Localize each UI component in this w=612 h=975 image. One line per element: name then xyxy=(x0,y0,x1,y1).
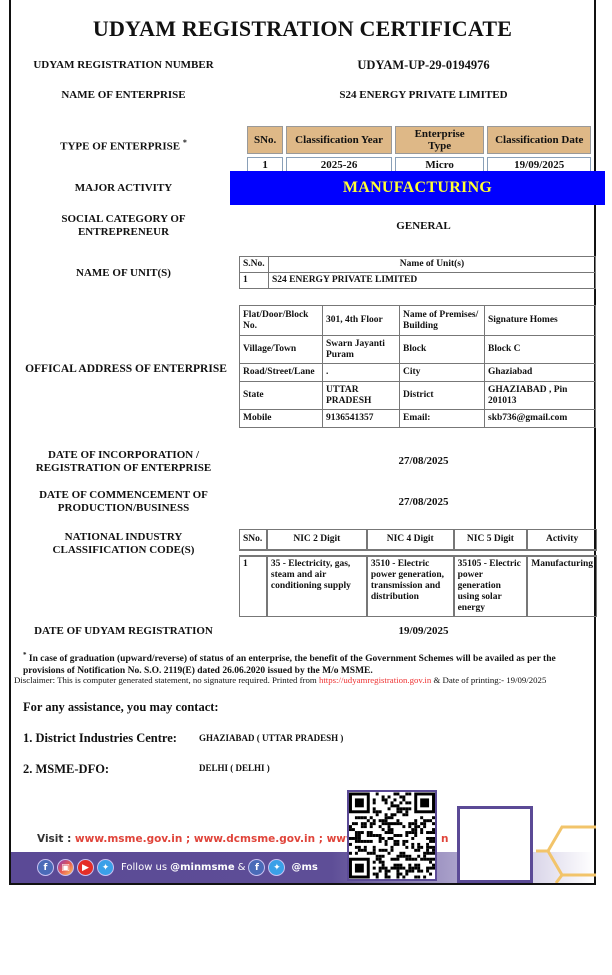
table-header: SNo. xyxy=(239,529,267,550)
certificate-page: UDYAM REGISTRATION CERTIFICATE UDYAM REG… xyxy=(9,0,596,885)
registration-number-label: UDYAM REGISTRATION NUMBER xyxy=(21,59,226,72)
social-follow-bar: f ▣ ▶ ✦ Follow us @minmsme & f ✦ @ms xyxy=(37,859,318,876)
units-label: NAME OF UNIT(S) xyxy=(21,267,226,280)
table-header: S.No. xyxy=(240,257,269,273)
table-row: 1 35 - Electricity, gas, steam and air c… xyxy=(239,556,597,617)
nic-table: SNo. NIC 2 Digit NIC 4 Digit NIC 5 Digit… xyxy=(239,529,597,617)
table-cell: City xyxy=(400,364,485,382)
units-table: S.No. Name of Unit(s) 1 S24 ENERGY PRIVA… xyxy=(239,256,596,289)
major-activity-banner: MANUFACTURING xyxy=(230,171,605,205)
dic-value: GHAZIABAD ( UTTAR PRADESH ) xyxy=(199,733,343,743)
msme-dfo-value: DELHI ( DELHI ) xyxy=(199,763,270,773)
social-category-label: SOCIAL CATEGORY OF ENTREPRENEUR xyxy=(61,213,186,239)
table-header: Classification Date xyxy=(487,126,591,154)
hexagon-decoration-icon xyxy=(536,825,596,883)
commencement-date: 27/08/2025 xyxy=(251,496,596,508)
facebook-icon[interactable]: f xyxy=(37,859,54,876)
address-table: Flat/Door/Block No. 301, 4th Floor Name … xyxy=(239,305,596,428)
email-value: skb736@gmail.com xyxy=(485,410,596,428)
udyam-date-label: DATE OF UDYAM REGISTRATION xyxy=(21,625,226,638)
photo-placeholder xyxy=(457,806,533,883)
msme-handle[interactable]: @ms xyxy=(291,862,317,873)
table-cell: 1 xyxy=(240,273,269,289)
table-cell: Email: xyxy=(400,410,485,428)
table-header: NIC 4 Digit xyxy=(367,529,454,550)
social-category: GENERAL xyxy=(251,220,596,232)
table-header: NIC 2 Digit xyxy=(267,529,367,550)
table-cell: S24 ENERGY PRIVATE LIMITED xyxy=(269,273,596,289)
table-cell: . xyxy=(323,364,400,382)
website-tail: n xyxy=(441,833,448,845)
asterisk-mark: * xyxy=(183,138,187,147)
table-cell: Block xyxy=(400,336,485,364)
table-row: Mobile 9136541357 Email: skb736@gmail.co… xyxy=(240,410,596,428)
twitter-icon[interactable]: ✦ xyxy=(97,859,114,876)
dic-label: 1. District Industries Centre: xyxy=(23,731,177,746)
printing-date-text: & Date of printing:- 19/09/2025 xyxy=(431,675,546,685)
note-text: In case of graduation (upward/reverse) o… xyxy=(23,654,556,676)
table-cell: 35105 - Electric power generation using … xyxy=(454,556,528,617)
enterprise-name: S24 ENERGY PRIVATE LIMITED xyxy=(251,89,596,101)
page-title: UDYAM REGISTRATION CERTIFICATE xyxy=(11,16,594,42)
ampersand: & xyxy=(238,862,246,873)
table-header: Name of Unit(s) xyxy=(269,257,596,273)
major-activity-label: MAJOR ACTIVITY xyxy=(21,182,226,195)
table-cell: GHAZIABAD , Pin 201013 xyxy=(485,382,596,410)
table-cell: 3510 - Electric power generation, transm… xyxy=(367,556,454,617)
table-cell: Name of Premises/ Building xyxy=(400,306,485,336)
registration-number: UDYAM-UP-29-0194976 xyxy=(251,58,596,73)
twitter-icon[interactable]: ✦ xyxy=(268,859,285,876)
instagram-icon[interactable]: ▣ xyxy=(57,859,74,876)
enterprise-type-label-text: TYPE OF ENTERPRISE xyxy=(60,141,180,153)
enterprise-name-label: NAME OF ENTERPRISE xyxy=(21,89,226,102)
msme-websites-link[interactable]: www.msme.gov.in ; www.dcmsme.gov.in ; ww… xyxy=(75,833,359,845)
udyam-portal-link[interactable]: https://udyamregistration.gov.in xyxy=(319,675,431,685)
table-header: Classification Year xyxy=(286,126,392,154)
table-cell: 35 - Electricity, gas, steam and air con… xyxy=(267,556,367,617)
table-cell: Signature Homes xyxy=(485,306,596,336)
table-header: Activity xyxy=(527,529,597,550)
follow-text: Follow us xyxy=(121,862,167,873)
incorporation-date: 27/08/2025 xyxy=(251,455,596,467)
table-row: Village/Town Swarn Jayanti Puram Block B… xyxy=(240,336,596,364)
table-header: NIC 5 Digit xyxy=(454,529,528,550)
nic-label: NATIONAL INDUSTRY CLASSIFICATION CODE(S) xyxy=(41,531,206,557)
table-cell: District xyxy=(400,382,485,410)
incorporation-label: DATE OF INCORPORATION / REGISTRATION OF … xyxy=(26,449,221,475)
qr-code xyxy=(347,790,437,881)
table-cell: Village/Town xyxy=(240,336,323,364)
table-cell: State xyxy=(240,382,323,410)
table-header: Enterprise Type xyxy=(395,126,485,154)
asterisk-mark: * xyxy=(23,651,27,659)
table-cell: Road/Street/Lane xyxy=(240,364,323,382)
table-cell: UTTAR PRADESH xyxy=(323,382,400,410)
msme-dfo-label: 2. MSME-DFO: xyxy=(23,762,109,777)
youtube-icon[interactable]: ▶ xyxy=(77,859,94,876)
table-cell: 301, 4th Floor xyxy=(323,306,400,336)
classification-table: SNo. Classification Year Enterprise Type… xyxy=(244,123,594,176)
commencement-label: DATE OF COMMENCEMENT OF PRODUCTION/BUSIN… xyxy=(26,489,221,515)
qr-code-icon xyxy=(349,792,435,879)
table-row: Flat/Door/Block No. 301, 4th Floor Name … xyxy=(240,306,596,336)
table-cell: Manufacturing xyxy=(527,556,597,617)
table-cell: Swarn Jayanti Puram xyxy=(323,336,400,364)
facebook-icon[interactable]: f xyxy=(248,859,265,876)
graduation-note: * In case of graduation (upward/reverse)… xyxy=(23,649,593,677)
address-label: OFFICAL ADDRESS OF ENTERPRISE xyxy=(21,363,231,376)
table-cell: Flat/Door/Block No. xyxy=(240,306,323,336)
table-row: State UTTAR PRADESH District GHAZIABAD ,… xyxy=(240,382,596,410)
table-cell: 1 xyxy=(239,556,267,617)
udyam-date: 19/09/2025 xyxy=(251,625,596,637)
table-cell: 9136541357 xyxy=(323,410,400,428)
assistance-heading: For any assistance, you may contact: xyxy=(23,700,219,715)
table-row: 1 S24 ENERGY PRIVATE LIMITED xyxy=(240,273,596,289)
enterprise-type-label: TYPE OF ENTERPRISE * xyxy=(21,136,226,154)
visit-label: Visit : xyxy=(37,833,75,845)
minmsme-handle[interactable]: @minmsme xyxy=(170,862,235,873)
table-row: Road/Street/Lane . City Ghaziabad xyxy=(240,364,596,382)
table-cell: Ghaziabad xyxy=(485,364,596,382)
disclaimer: Disclaimer: This is computer generated s… xyxy=(14,675,599,685)
disclaimer-text: Disclaimer: This is computer generated s… xyxy=(14,675,319,685)
table-cell: Block C xyxy=(485,336,596,364)
table-cell: Mobile xyxy=(240,410,323,428)
table-header: SNo. xyxy=(247,126,283,154)
